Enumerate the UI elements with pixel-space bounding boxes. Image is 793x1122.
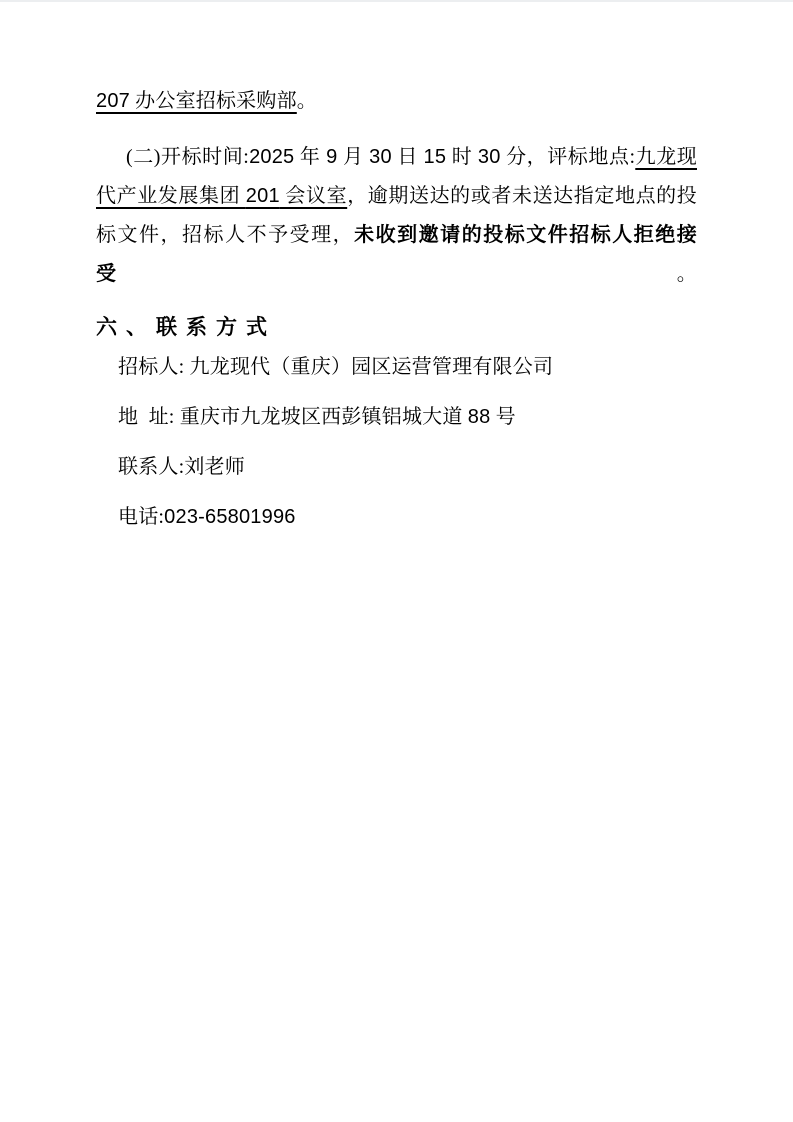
para-address: 地 址: 重庆市九龙坡区西彭镇铝城大道 88 号: [96, 397, 697, 437]
text-line: 地 址: 重庆市九龙坡区西彭镇铝城大道 88 号: [96, 397, 697, 437]
numeral: 023-65801996: [164, 506, 295, 528]
text-run: ，逾期送达的或者未送达指定地点的投: [347, 185, 697, 207]
numeral: 30: [478, 146, 501, 168]
text-run: 六、联系方式: [96, 316, 276, 339]
text-run: 联系人:刘老师: [118, 456, 245, 478]
numeral: 30: [369, 146, 392, 168]
text-line: 六、联系方式: [96, 308, 697, 347]
text-line: 代产业发展集团 201 会议室，逾期送达的或者未送达指定地点的投: [96, 177, 697, 216]
text-run: 招标人: 九龙现代（重庆）园区运营管理有限公司: [118, 356, 553, 378]
text-line: 207 办公室招标采购部。: [96, 82, 697, 121]
text-run: (二)开标时间:2025 年 9 月 30 日 15 时 30 分，评标地点:: [126, 146, 635, 168]
para-submission-location-continued: 207 办公室招标采购部。: [96, 82, 697, 121]
text-run: 。: [677, 263, 697, 285]
para-phone: 电话:023-65801996: [96, 497, 697, 537]
text-run: 标文件，招标人不予受理，: [96, 224, 354, 246]
text-line: 标文件，招标人不予受理，未收到邀请的投标文件招标人拒绝接受。: [96, 216, 697, 294]
numeral: 201: [246, 185, 280, 207]
heading-contact-info: 六、联系方式: [96, 308, 697, 347]
text-run: 代产业发展集团 201 会议室: [96, 185, 347, 207]
numeral: 15: [424, 146, 447, 168]
text-run: 九龙现: [635, 146, 697, 168]
numeral: 2025: [249, 146, 294, 168]
text-line: 联系人:刘老师: [96, 447, 697, 487]
para-bid-opening-info: (二)开标时间:2025 年 9 月 30 日 15 时 30 分，评标地点:九…: [96, 138, 697, 294]
page: 207 办公室招标采购部。(二)开标时间:2025 年 9 月 30 日 15 …: [0, 0, 793, 1122]
numeral: 9: [326, 146, 337, 168]
para-tenderer: 招标人: 九龙现代（重庆）园区运营管理有限公司: [96, 347, 697, 387]
text-line: 电话:023-65801996: [96, 497, 697, 537]
text-run: 207 办公室招标采购部: [96, 90, 297, 112]
text-run: 地 址: 重庆市九龙坡区西彭镇铝城大道 88 号: [118, 406, 516, 428]
text-run: 。: [297, 90, 317, 112]
document-content: 207 办公室招标采购部。(二)开标时间:2025 年 9 月 30 日 15 …: [96, 82, 697, 547]
para-contact-person: 联系人:刘老师: [96, 447, 697, 487]
numeral: 207: [96, 90, 130, 112]
text-line: 招标人: 九龙现代（重庆）园区运营管理有限公司: [96, 347, 697, 387]
text-line: (二)开标时间:2025 年 9 月 30 日 15 时 30 分，评标地点:九…: [96, 138, 697, 177]
text-run: 电话:023-65801996: [118, 506, 296, 528]
numeral: 88: [468, 406, 491, 428]
